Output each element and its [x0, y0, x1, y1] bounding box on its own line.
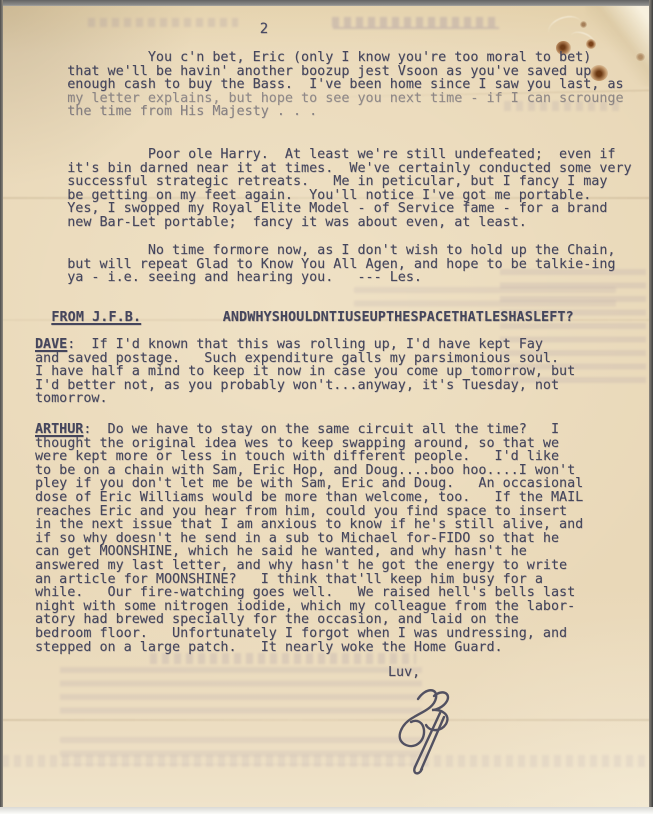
scan-edge-top: [0, 0, 653, 6]
rust-stain: [636, 53, 645, 61]
section-heading-from-jfb: FROM J.F.B. ANDWHYSHOULDNTIUSEUPTHESPACE…: [35, 311, 574, 325]
bleed-through-ghost: [60, 667, 422, 715]
closing-valediction: Luv,: [388, 665, 420, 680]
page-number: 2: [248, 21, 280, 37]
scan-edge-left: [0, 0, 3, 814]
bleed-through-ghost: [332, 17, 500, 27]
scan-edge-bottom: [0, 807, 653, 814]
paragraph-les-3: No time formore now, as I don't wish to …: [35, 244, 615, 285]
paragraph-les-2: Poor ole Harry. At least we're still und…: [35, 148, 632, 230]
paragraph-arthur: ARTHUR: Do we have to stay on the same c…: [35, 423, 583, 654]
paper-crease: [2, 719, 650, 721]
speaker-label: FROM J.F.B.: [51, 310, 141, 325]
signature-scribble: [384, 679, 470, 781]
paper-sheet: 2 You c'n bet, Eric (only I know you're …: [2, 5, 650, 808]
speaker-label: ARTHUR: [35, 422, 83, 437]
paragraph-les-1: You c'n bet, Eric (only I know you're to…: [35, 51, 624, 119]
scan-edge-right: [649, 0, 653, 814]
bleed-through-ghost: [2, 755, 650, 767]
paragraph-dave: DAVE: If I'd known that this was rolling…: [35, 338, 575, 406]
speaker-label: DAVE: [35, 337, 67, 352]
bleed-through-ghost: [88, 18, 238, 27]
